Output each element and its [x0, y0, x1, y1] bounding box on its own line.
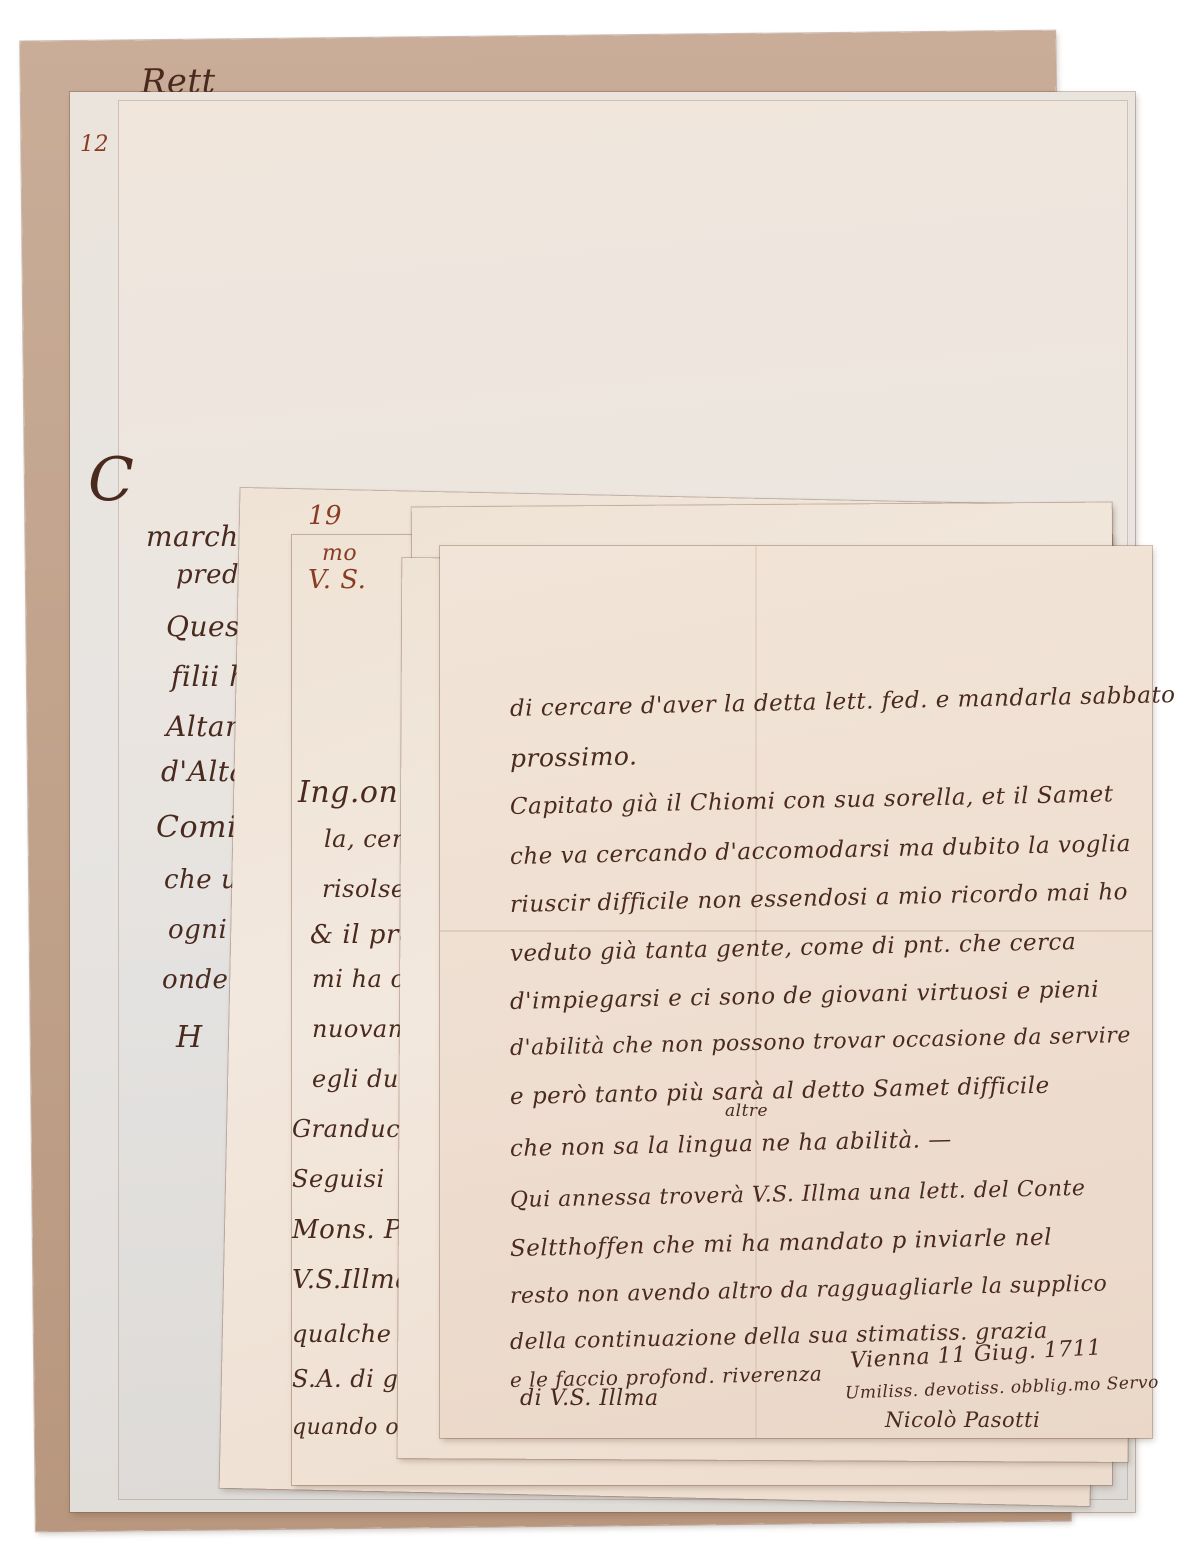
- text-fragment: qualche: [292, 1320, 391, 1348]
- letter-line: di cercare d'aver la detta lett. fed. e …: [510, 682, 1176, 722]
- letter-line: e però tanto più sarà al detto Samet dif…: [510, 1073, 1050, 1110]
- header-fragment: V. S.: [308, 565, 366, 595]
- letter-line: Qui annessa troverà V.S. Illma una lett.…: [510, 1176, 1086, 1213]
- text-fragment: V.S.Illma: [292, 1265, 411, 1295]
- letter-line: riuscir difficile non essendosi a mio ri…: [510, 879, 1129, 918]
- text-fragment: H: [176, 1020, 203, 1055]
- text-fragment: Granduca: [292, 1115, 415, 1143]
- text-fragment: & il pre: [310, 920, 415, 950]
- header-fragment: mo: [322, 541, 357, 566]
- letter-line: Seltthoffen che mi ha mandato p inviarle…: [510, 1225, 1052, 1262]
- text-fragment: risolse: [322, 875, 406, 903]
- header-fragment: 19: [308, 501, 342, 531]
- text-fragment: la, cen: [324, 825, 408, 853]
- text-fragment: onde: [162, 965, 228, 995]
- letter-line: Capitato già il Chiomi con sua sorella, …: [510, 781, 1114, 820]
- letter-line: resto non avendo altro da ragguagliarle …: [510, 1271, 1108, 1309]
- text-fragment: Seguisi: [292, 1165, 385, 1193]
- signature: Nicolò Pasotti: [885, 1408, 1040, 1432]
- front-letter: di cercare d'aver la detta lett. fed. e …: [440, 546, 1152, 1438]
- interlinear-insertion: altre: [725, 1101, 768, 1121]
- letter-line: d'impiegarsi e ci sono de giovani virtuo…: [510, 977, 1100, 1015]
- margin-number: 12: [80, 132, 109, 157]
- subscription: Umiliss. devotiss. obblig.mo Servo: [845, 1373, 1159, 1404]
- text-fragment: ogni: [168, 915, 227, 945]
- letter-line: prossimo.: [510, 741, 638, 773]
- letter-line: che non sa la lingua ne ha abilità. —: [510, 1127, 952, 1162]
- large-initial-c: C: [88, 445, 134, 515]
- letter-line: veduto già tanta gente, come di pnt. che…: [510, 929, 1077, 967]
- text-fragment: nuovam: [312, 1015, 411, 1043]
- text-fragment: S.A. di g: [292, 1365, 398, 1393]
- letter-line: d'abilità che non possono trovar occasio…: [510, 1023, 1131, 1061]
- salutation: di V.S. Illma: [520, 1386, 659, 1411]
- text-fragment: Ing.on: [298, 775, 398, 810]
- letter-line: che va cercando d'accomodarsi ma dubito …: [510, 831, 1131, 870]
